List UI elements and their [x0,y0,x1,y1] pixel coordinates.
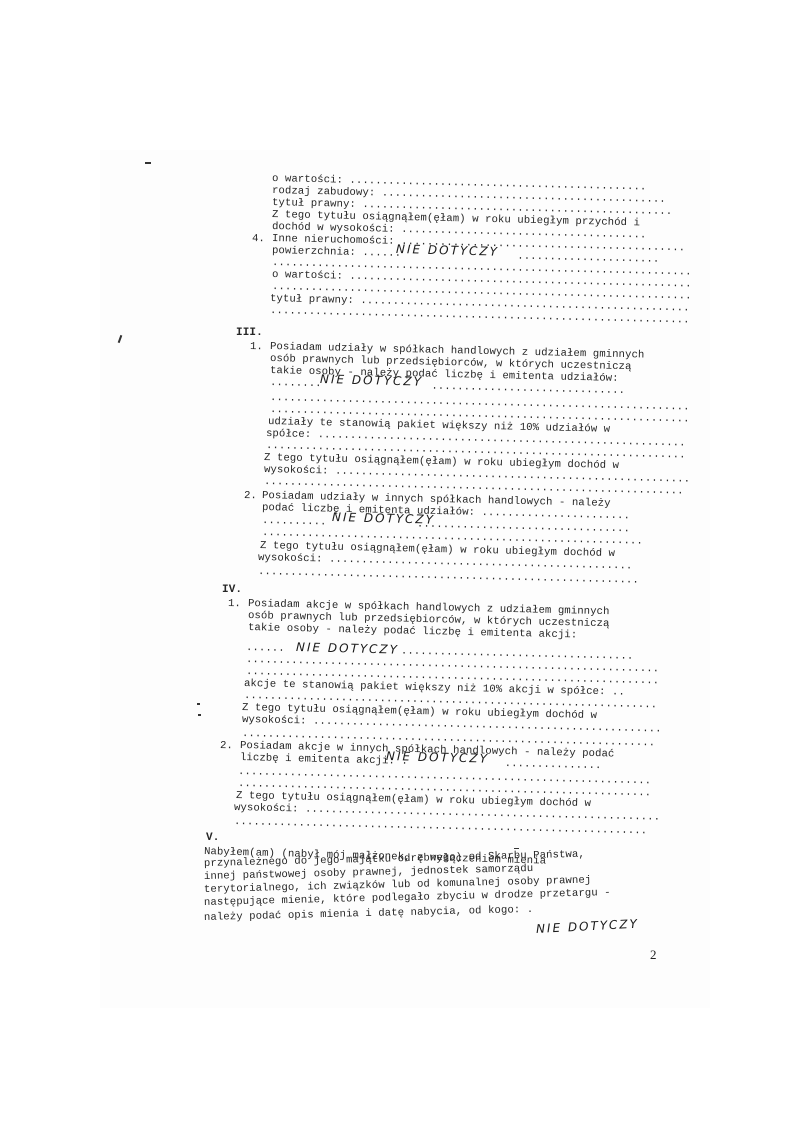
item-number: 1. [250,341,263,353]
handwritten-annotation: NIE DOTYCZY [332,510,435,527]
section-heading: IV. [222,584,242,596]
item-number: 2. [220,740,233,752]
item-number: 2. [244,490,257,502]
handwritten-annotation: NIE DOTYCZY [396,242,499,259]
item-number: 1. [228,598,241,610]
handwritten-annotation: NIE DOTYCZY [296,640,399,657]
page-number: 2 [650,947,657,963]
handwritten-annotation: NIE DOTYCZY [386,749,489,766]
scan-mark [197,703,200,705]
section-heading: V. [206,832,219,844]
scan-mark [198,714,201,716]
handwritten-annotation: NIE DOTYCZY [320,372,423,389]
scan-mark [514,848,519,849]
scan-mark [145,162,151,164]
section-heading: III. [236,327,263,339]
item-number: 4. [252,233,265,245]
